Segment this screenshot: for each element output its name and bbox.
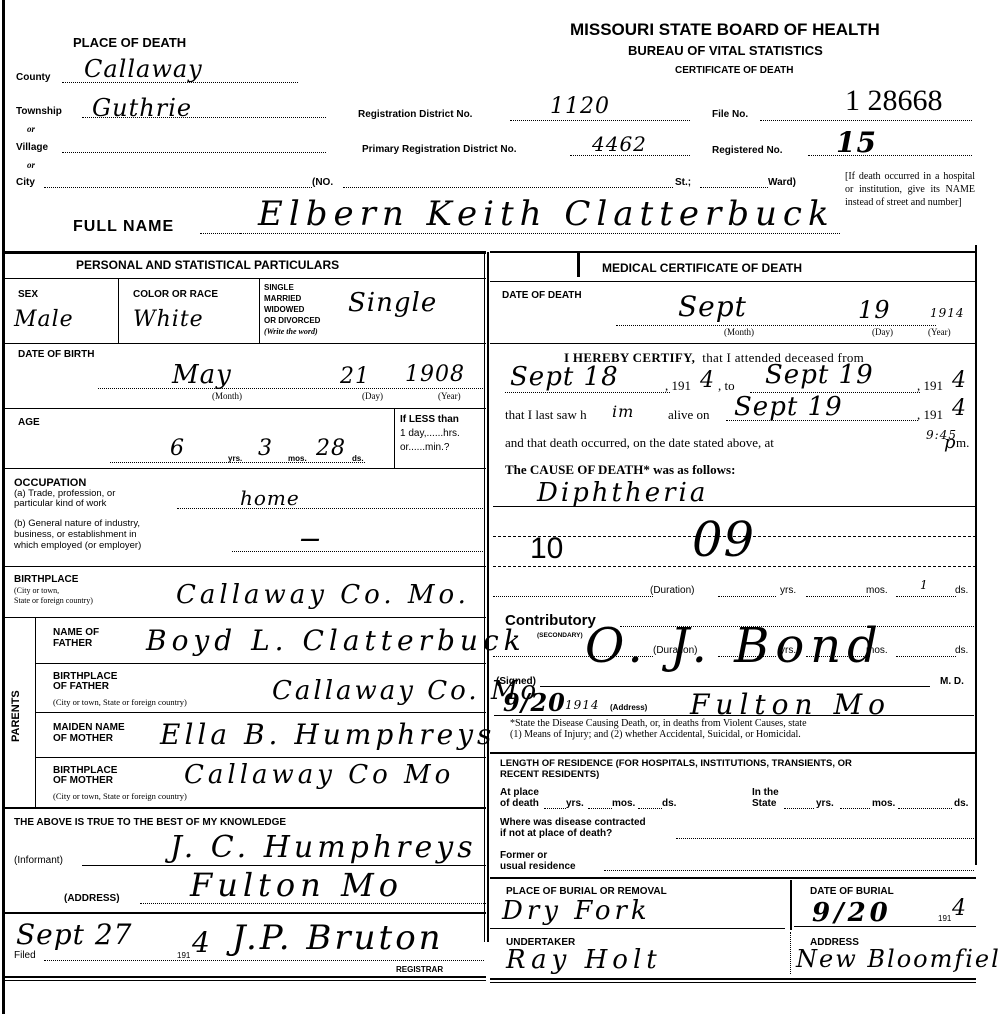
age-months-field[interactable]: 3 [258, 436, 273, 461]
occupation-b-label: (b) General nature of industry, [14, 518, 141, 529]
registered-no-label: Registered No. [712, 145, 783, 156]
filed-year-field[interactable]: 4 [192, 926, 211, 959]
dob-year-field[interactable]: 1908 [405, 362, 465, 387]
age-days-field[interactable]: 28 [316, 436, 346, 461]
filed-label: Filed [14, 950, 36, 961]
file-no-label: File No. [712, 109, 748, 120]
township-label: Township [16, 106, 62, 117]
age-label: AGE [18, 417, 40, 428]
signed-year-field[interactable]: 1914 [565, 698, 600, 712]
at-place-ds-field[interactable] [638, 808, 662, 809]
in-state-yrs-field[interactable] [784, 808, 814, 809]
father-name-field[interactable]: Boyd L. Clatterbuck [146, 624, 526, 657]
signed-date-field[interactable]: 9/20 [503, 688, 566, 717]
in-state-mos-field[interactable] [840, 808, 870, 809]
board-title: MISSOURI STATE BOARD OF HEALTH [570, 20, 880, 40]
primary-district-field[interactable]: 4462 [592, 132, 647, 156]
city-field[interactable] [44, 187, 312, 188]
dod-day-field[interactable]: 19 [858, 296, 891, 324]
full-name-field[interactable]: Elbern Keith Clatterbuck [258, 194, 835, 234]
burial-year-field[interactable]: 4 [952, 896, 967, 921]
attended-to-year-field[interactable]: 4 [952, 368, 967, 393]
last-saw-pronoun-field[interactable]: im [612, 402, 634, 421]
mother-birthplace-field[interactable]: Callaway Co Mo [184, 760, 454, 790]
at-place-mos-field[interactable] [588, 808, 612, 809]
marital-status-labels: SINGLE MARRIED WIDOWED OR DIVORCED (Writ… [264, 282, 320, 337]
registered-no-field[interactable]: 15 [836, 126, 877, 159]
informant-address-label: (ADDRESS) [64, 893, 120, 904]
duration-label: (Duration) [650, 585, 694, 596]
physician-address-field[interactable]: Fulton Mo [690, 688, 891, 721]
parents-side-label: PARENTS [10, 690, 22, 742]
medical-section-title: MEDICAL CERTIFICATE OF DEATH [602, 261, 802, 275]
undertaker-field[interactable]: Ray Holt [506, 945, 662, 975]
informant-address-field[interactable]: Fulton Mo [190, 866, 403, 904]
registration-district-label: Registration District No. [358, 109, 472, 120]
informant-label: (Informant) [14, 855, 63, 866]
cause-code-secondary-field[interactable]: 09 [692, 512, 755, 568]
signed-label: (Signed) [496, 676, 536, 687]
burial-date-label: DATE OF BURIAL [810, 886, 894, 897]
year-caption: (Year) [438, 391, 461, 401]
disease-contracted-label: Where was disease contracted [500, 817, 646, 828]
age-years-field[interactable]: 6 [170, 436, 185, 461]
marital-status-field[interactable]: Single [348, 288, 437, 318]
dod-month-field[interactable]: Sept [678, 290, 747, 323]
registrar-label: REGISTRAR [396, 965, 443, 974]
last-saw-year-field[interactable]: 4 [952, 396, 967, 421]
place-of-death-title: PLACE OF DEATH [73, 35, 186, 50]
md-label: M. D. [940, 676, 964, 687]
primary-district-label: Primary Registration District No. [362, 144, 516, 155]
dob-day-field[interactable]: 21 [340, 364, 370, 389]
dod-year-field[interactable]: 1914 [930, 306, 965, 320]
city-label: City [16, 177, 35, 188]
county-field[interactable]: Callaway [84, 55, 203, 83]
physician-signature[interactable]: O. J. Bond [585, 618, 884, 674]
hospital-note: [If death occurred in a hospital or inst… [845, 170, 975, 209]
date-of-death-label: DATE OF DEATH [502, 290, 582, 301]
less-than-day-field[interactable]: If LESS than 1 day,......hrs. or......mi… [400, 413, 460, 455]
street-field[interactable] [343, 187, 673, 188]
secondary-label: (SECONDARY) [537, 632, 583, 639]
informant-field[interactable]: J. C. Humphreys [170, 830, 477, 865]
last-saw-date-field[interactable]: Sept 19 [734, 392, 843, 422]
at-place-yrs-field[interactable] [544, 808, 566, 809]
street-number-label: (NO. [312, 177, 333, 188]
attended-from-field[interactable]: Sept 18 [510, 362, 619, 392]
undertaker-address-field[interactable]: New Bloomfield [796, 945, 1000, 973]
date-of-birth-label: DATE OF BIRTH [18, 349, 94, 360]
mother-name-field[interactable]: Ella B. Humphreys [160, 718, 495, 751]
disease-contracted-field[interactable] [676, 838, 974, 839]
in-state-label: In the [752, 787, 779, 798]
burial-date-field[interactable]: 9/20 [812, 898, 892, 928]
color-race-field[interactable]: White [133, 307, 204, 332]
month-caption: (Month) [212, 391, 242, 401]
duration-days-field[interactable]: 1 [920, 578, 929, 592]
residence-title: LENGTH OF RESIDENCE (FOR HOSPITALS, INST… [500, 758, 852, 780]
burial-place-field[interactable]: Dry Fork [502, 896, 651, 926]
township-field[interactable]: Guthrie [92, 94, 192, 122]
cause-footnote: *State the Disease Causing Death, or, in… [510, 718, 807, 740]
filed-date-field[interactable]: Sept 27 [16, 918, 132, 951]
or-text: or [27, 124, 35, 134]
ward-label: Ward) [768, 177, 796, 188]
sex-field[interactable]: Male [14, 307, 74, 332]
in-state-ds-field[interactable] [898, 808, 952, 809]
file-no-field[interactable]: 1 28668 [845, 84, 943, 118]
at-place-label: At place [500, 787, 539, 798]
mother-name-label: MAIDEN NAME [53, 722, 125, 733]
dob-month-field[interactable]: May [172, 360, 232, 390]
full-name-label: FULL NAME [73, 218, 174, 236]
cause-code-field[interactable]: 10 [530, 532, 563, 566]
former-residence-field[interactable] [604, 870, 974, 871]
certificate-title: CERTIFICATE OF DEATH [675, 65, 794, 76]
separator-mark [577, 253, 580, 277]
attended-to-field[interactable]: Sept 19 [765, 360, 874, 390]
village-label: Village [16, 142, 48, 153]
registrar-signature[interactable]: J.P. Bruton [232, 918, 444, 958]
cause-of-death-label: The CAUSE OF DEATH* was as follows: [505, 462, 735, 478]
physician-address-label: (Address) [610, 703, 647, 712]
attended-from-year-field[interactable]: 4 [700, 368, 715, 393]
birthplace-label: BIRTHPLACE [14, 574, 78, 585]
informant-statement: THE ABOVE IS TRUE TO THE BEST OF MY KNOW… [14, 817, 286, 828]
sex-label: SEX [18, 289, 38, 300]
color-race-label: COLOR OR RACE [133, 289, 218, 300]
father-name-label: NAME OF [53, 627, 99, 638]
ward-field[interactable] [700, 187, 768, 188]
occupation-a-field[interactable]: home [240, 486, 300, 510]
personal-section-title: PERSONAL AND STATISTICAL PARTICULARS [76, 258, 339, 272]
occupation-b-field[interactable]: — [300, 526, 321, 550]
registration-district-field[interactable]: 1120 [550, 94, 610, 119]
bureau-title: BUREAU OF VITAL STATISTICS [628, 43, 823, 58]
county-label: County [16, 72, 50, 83]
former-residence-label: Former or [500, 850, 576, 861]
cause-of-death-field[interactable]: Diphtheria [537, 478, 708, 508]
day-caption: (Day) [362, 391, 383, 401]
birthplace-field[interactable]: Callaway Co. Mo. [176, 580, 470, 610]
contributory-label: Contributory [505, 612, 596, 629]
street-label: St.; [675, 177, 691, 188]
or-text: or [27, 160, 35, 170]
